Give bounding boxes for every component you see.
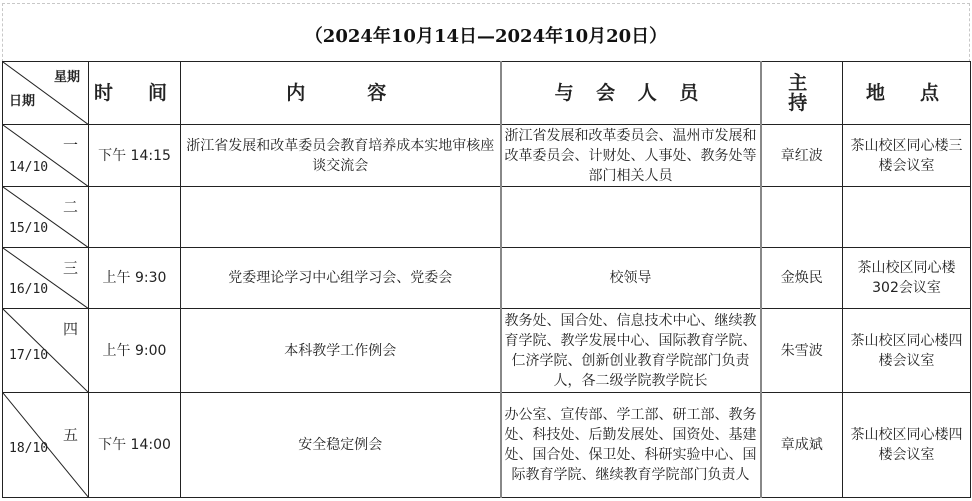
time-cell: 上午 9:30 (89, 248, 181, 309)
host-cell: 章成斌 (761, 393, 843, 498)
content-cell: 党委理论学习中心组学习会、党委会 (181, 248, 501, 309)
attendees-cell: 办公室、宣传部、学工部、研工部、教务处、科技处、后勤发展处、国资处、基建处、国合… (501, 393, 761, 498)
host-cell: 朱雪波 (761, 309, 843, 393)
weekday: 五 (63, 425, 78, 445)
time-cell: 上午 9:00 (89, 309, 181, 393)
header-content: 内 容 (181, 62, 501, 125)
date: 18/10 (9, 439, 48, 459)
header-weekday-label: 星期 (54, 68, 80, 88)
content-cell: 安全稳定例会 (181, 393, 501, 498)
attendees-cell: 教务处、国合处、信息技术中心、继续教育学院、教学发展中心、国际教育学院、仁济学院… (501, 309, 761, 393)
location-cell: 茶山校区同心楼三楼会议室 (843, 125, 971, 187)
table-header-row: 星期 日期 时 间 内 容 与 会 人 员 主 持 地 点 (3, 62, 971, 125)
table-row: 三 16/10 上午 9:30 党委理论学习中心组学习会、党委会 校领导 金焕民… (3, 248, 971, 309)
time-cell: 下午 14:15 (89, 125, 181, 187)
attendees-cell (501, 187, 761, 248)
title-box: （2024年10月14日—2024年10月20日） (2, 3, 970, 62)
weekday-date-cell: 五 18/10 (3, 393, 89, 498)
time-cell (89, 187, 181, 248)
weekly-meeting-schedule-table: 星期 日期 时 间 内 容 与 会 人 员 主 持 地 点 一 14/10 下午… (2, 61, 971, 498)
weekday-date-cell: 二 15/10 (3, 187, 89, 248)
table-row: 二 15/10 (3, 187, 971, 248)
content-cell: 浙江省发展和改革委员会教育培养成本实地审核座谈交流会 (181, 125, 501, 187)
header-attendees: 与 会 人 员 (501, 62, 761, 125)
weekday-date-cell: 四 17/10 (3, 309, 89, 393)
header-location: 地 点 (843, 62, 971, 125)
host-cell: 章红波 (761, 125, 843, 187)
location-cell: 茶山校区同心楼四楼会议室 (843, 393, 971, 498)
date: 16/10 (9, 280, 48, 300)
header-date-label: 日期 (9, 92, 35, 112)
weekday: 三 (63, 258, 78, 278)
content-cell (181, 187, 501, 248)
table-row: 四 17/10 上午 9:00 本科教学工作例会 教务处、国合处、信息技术中心、… (3, 309, 971, 393)
weekday-date-cell: 一 14/10 (3, 125, 89, 187)
location-cell: 茶山校区同心楼302会议室 (843, 248, 971, 309)
schedule-date-range-title: （2024年10月14日—2024年10月20日） (3, 22, 969, 48)
header-weekday-date-cell: 星期 日期 (3, 62, 89, 125)
location-cell (843, 187, 971, 248)
attendees-cell: 浙江省发展和改革委员会、温州市发展和改革委员会、计财处、人事处、教务处等部门相关… (501, 125, 761, 187)
weekday-date-cell: 三 16/10 (3, 248, 89, 309)
weekday: 一 (63, 135, 78, 155)
content-cell: 本科教学工作例会 (181, 309, 501, 393)
table-row: 一 14/10 下午 14:15 浙江省发展和改革委员会教育培养成本实地审核座谈… (3, 125, 971, 187)
host-cell: 金焕民 (761, 248, 843, 309)
date: 17/10 (9, 346, 48, 366)
host-cell (761, 187, 843, 248)
weekday: 二 (63, 197, 78, 217)
attendees-cell: 校领导 (501, 248, 761, 309)
location-cell: 茶山校区同心楼四楼会议室 (843, 309, 971, 393)
weekday: 四 (63, 319, 78, 339)
header-time: 时 间 (89, 62, 181, 125)
date: 14/10 (9, 158, 48, 178)
table-row: 五 18/10 下午 14:00 安全稳定例会 办公室、宣传部、学工部、研工部、… (3, 393, 971, 498)
time-cell: 下午 14:00 (89, 393, 181, 498)
header-host: 主 持 (761, 62, 843, 125)
date: 15/10 (9, 219, 48, 239)
